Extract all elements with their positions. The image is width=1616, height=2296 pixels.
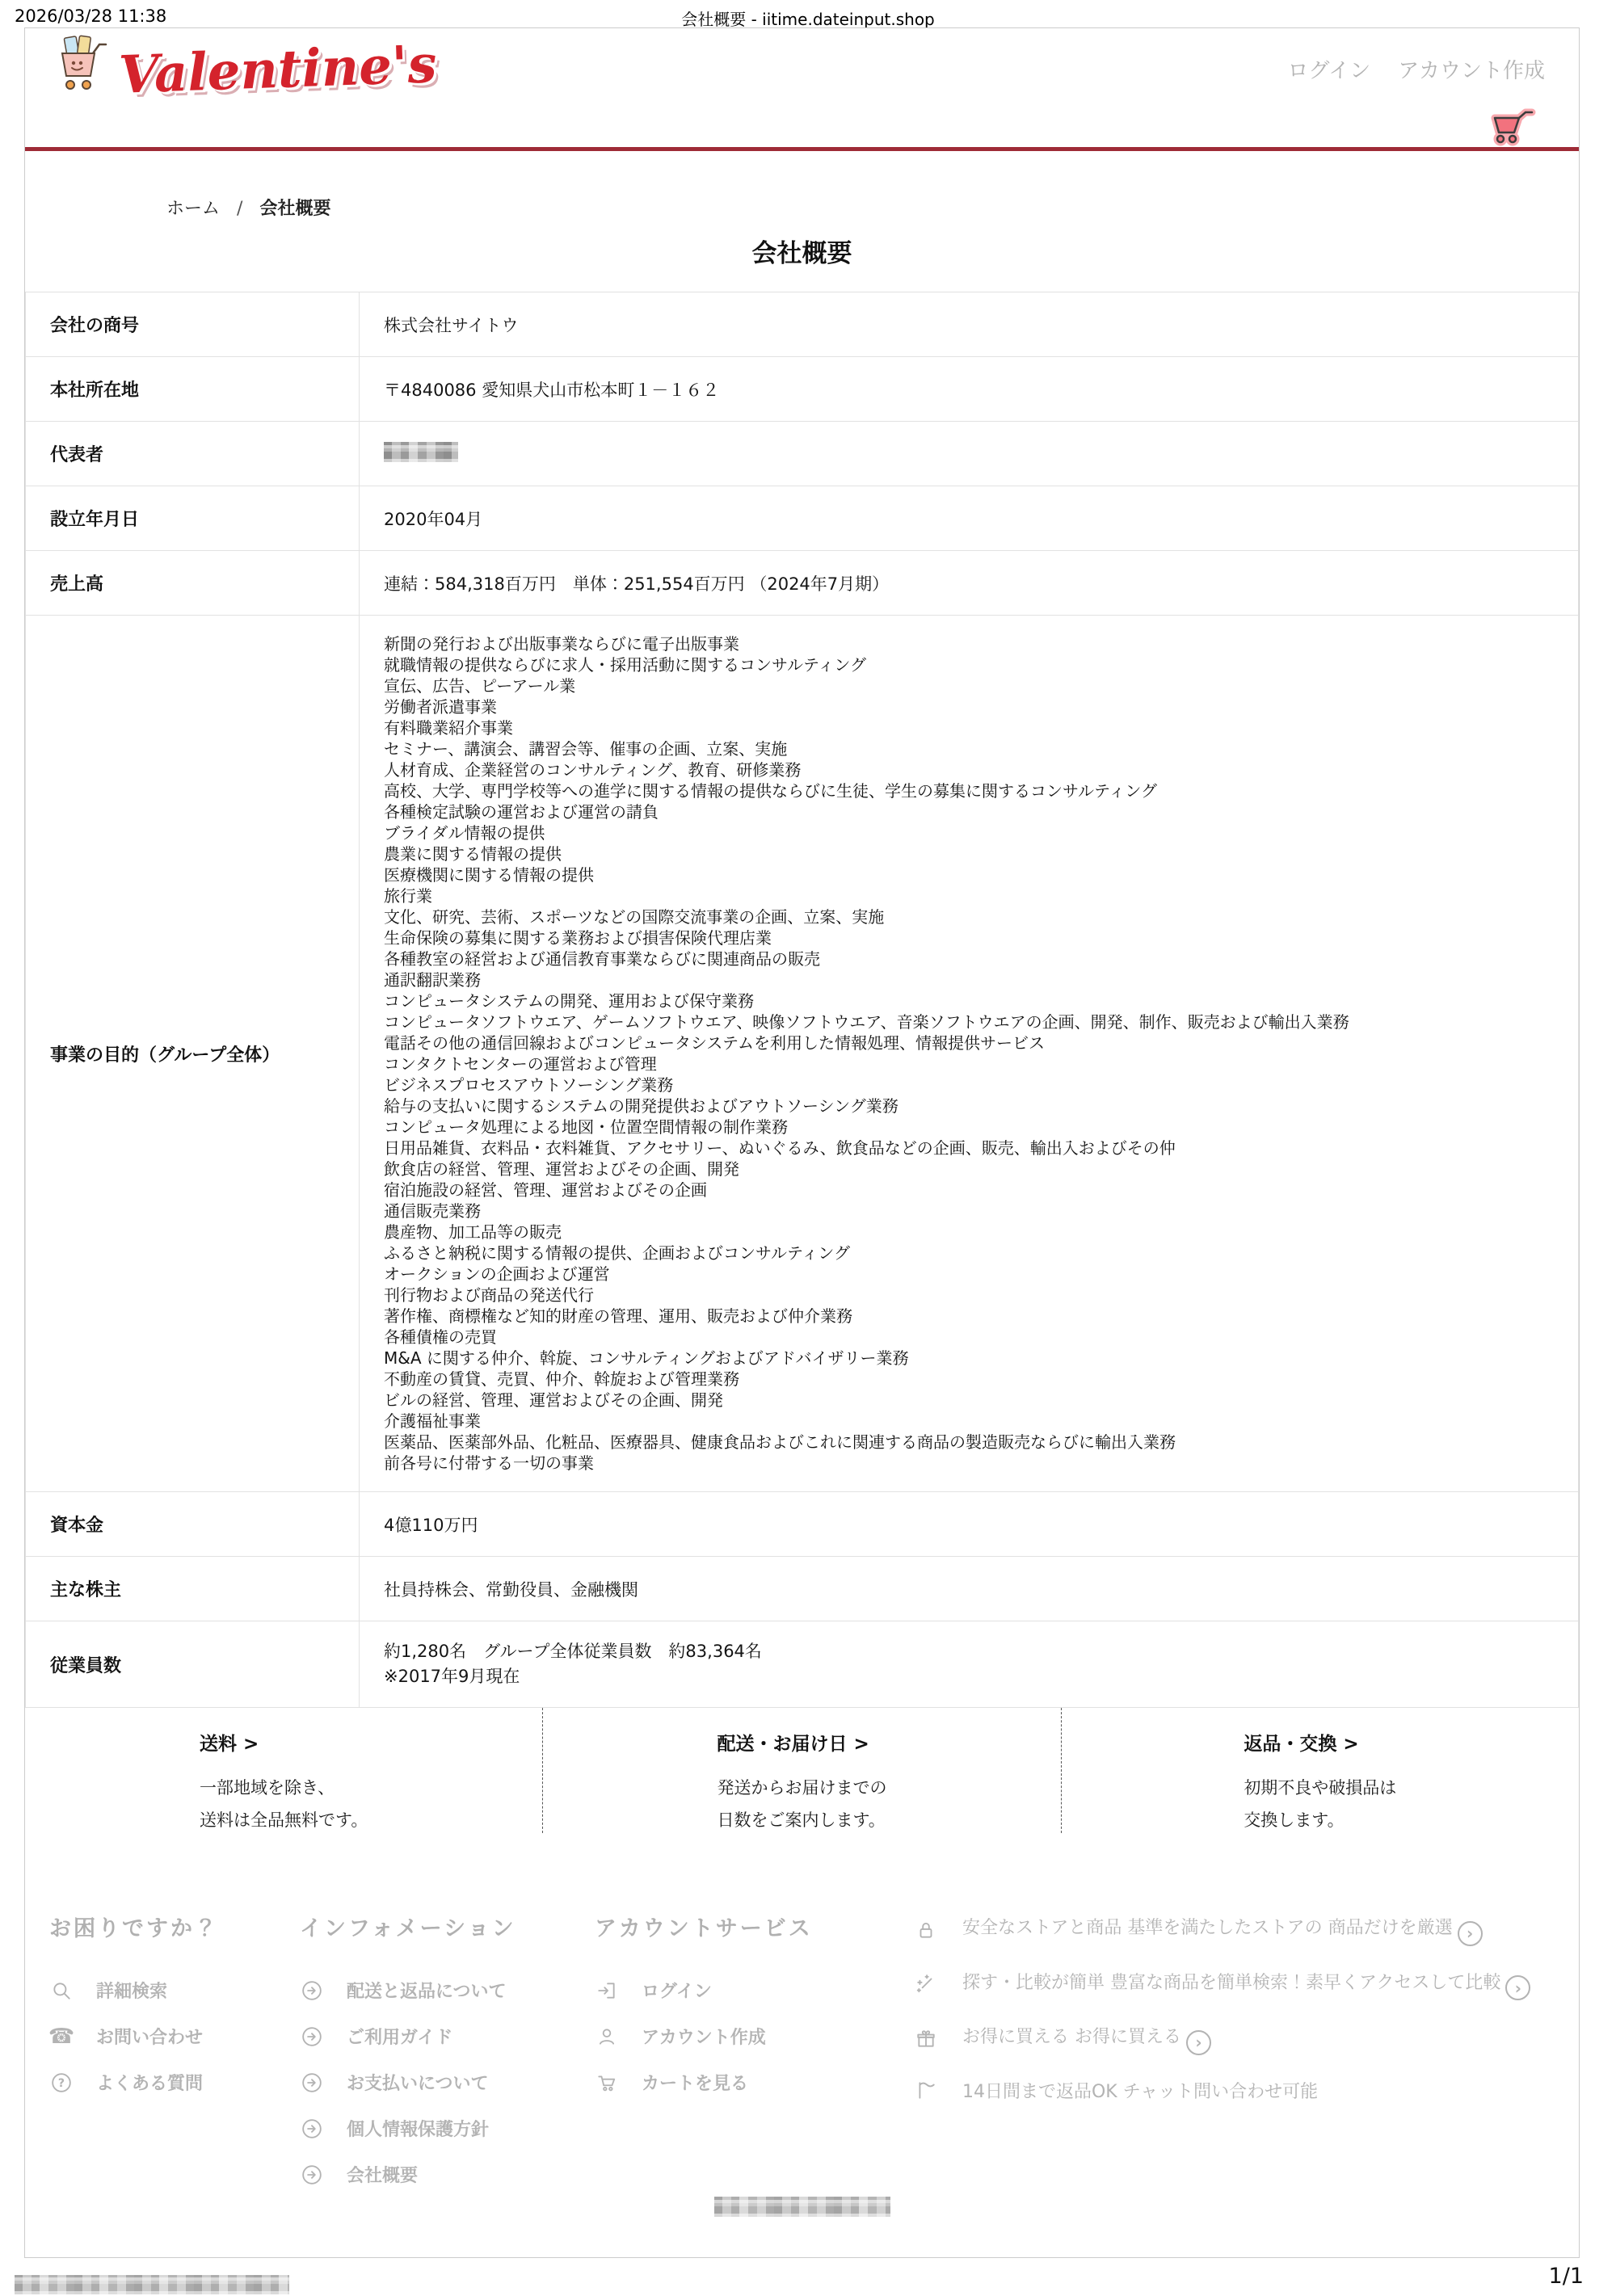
row-label: 資本金: [26, 1492, 360, 1557]
row-label: 主な株主: [26, 1557, 360, 1621]
footer-item-payment[interactable]: お支払いについて: [300, 2070, 595, 2095]
cart-icon: [595, 2072, 619, 2093]
business-purpose-line: 農業に関する情報の提供: [384, 843, 1559, 864]
business-purpose-line: 宿泊施設の経営、管理、運営およびその企画: [384, 1180, 1559, 1201]
footer-features-column: 安全なストアと商品 基準を満たしたストアの 商品だけを厳選› 探す・比較が簡単 …: [914, 1911, 1579, 2208]
arrow-circle-icon: [300, 2118, 324, 2139]
source-url-redacted: [15, 2275, 289, 2294]
page-number: 1/1: [1549, 2264, 1584, 2289]
cart-icon: [1487, 107, 1537, 146]
business-purpose-line: セミナー、講演会、講習会等、催事の企画、立案、実施: [384, 738, 1559, 759]
business-purpose-line: 生命保険の募集に関する業務および損害保険代理店業: [384, 927, 1559, 948]
business-purpose-line: 人材育成、企業経営のコンサルティング、教育、研修業務: [384, 759, 1559, 780]
employee-count-note: ※2017年9月現在: [384, 1664, 1559, 1689]
footer-information-title: インフォメーション: [300, 1911, 595, 1942]
footer-item-privacy-policy[interactable]: 個人情報保護方針: [300, 2116, 595, 2141]
business-purpose-line: コンピュータソフトウエア、ゲームソフトウエア、映像ソフトウエア、音楽ソフトウエア…: [384, 1011, 1559, 1032]
row-label: 売上高: [26, 551, 360, 616]
login-icon: [595, 1980, 619, 2001]
business-purpose-line: 医薬品、医薬部外品、化粧品、医療器具、健康食品およびこれに関連する商品の製造販売…: [384, 1432, 1559, 1453]
business-purpose-list: 新聞の発行および出版事業ならびに電子出版事業就職情報の提供ならびに求人・採用活動…: [360, 616, 1579, 1492]
page-frame: Valentine's ログインアカウント作成: [24, 27, 1580, 2258]
business-purpose-line: 宣伝、広告、ピーアール業: [384, 675, 1559, 696]
svg-text:?: ?: [58, 2076, 65, 2089]
breadcrumb-current: 会社概要: [259, 199, 330, 219]
breadcrumb-separator: /: [237, 199, 242, 219]
shipping-link[interactable]: 送料>: [200, 1729, 368, 1756]
returns-info: 返品・交換> 初期不良や破損品は 交換します。: [1061, 1708, 1579, 1833]
lock-icon: [914, 1920, 938, 1941]
company-table: 会社の商号 株式会社サイトウ 本社所在地 〒4840086 愛知県犬山市松本町１…: [25, 292, 1579, 1708]
business-purpose-line: コンピュータシステムの開発、運用および保守業務: [384, 990, 1559, 1011]
delivery-info: 配送・お届け日> 発送からお届けまでの 日数をご案内します。: [542, 1708, 1060, 1833]
footer-item-create-account[interactable]: アカウント作成: [595, 2024, 914, 2049]
table-row: 本社所在地 〒4840086 愛知県犬山市松本町１－１６２: [26, 357, 1579, 422]
business-purpose-line: 介護福祉事業: [384, 1411, 1559, 1432]
table-row: 売上高 連結：584,318百万円 単体：251,554百万円 （2024年7月…: [26, 551, 1579, 616]
footer-item-faq[interactable]: ? よくある質問: [49, 2070, 300, 2095]
business-purpose-line: 日用品雑貨、衣料品・衣料雑貨、アクセサリー、ぬいぐるみ、飲食品などの企画、販売、…: [384, 1137, 1559, 1159]
logo-cart-icon: [56, 33, 109, 96]
row-value: 2020年04月: [360, 486, 1579, 551]
business-purpose-line: M&A に関する仲介、斡旋、コンサルティングおよびアドバイザリー業務: [384, 1348, 1559, 1369]
table-row: 資本金 4億110万円: [26, 1492, 1579, 1557]
business-purpose-line: オークションの企画および運営: [384, 1264, 1559, 1285]
business-purpose-line: コンピュータ処理による地図・位置空間情報の制作業務: [384, 1116, 1559, 1137]
business-purpose-line: 不動産の賃貸、売買、仲介、斡旋および管理業務: [384, 1369, 1559, 1390]
business-purpose-line: 医療機関に関する情報の提供: [384, 864, 1559, 885]
shipping-info: 送料> 一部地域を除き、 送料は全品無料です。: [25, 1708, 542, 1833]
shopping-info-strip: 送料> 一部地域を除き、 送料は全品無料です。 配送・お届け日> 発送からお届け…: [25, 1708, 1579, 1833]
breadcrumb: ホーム / 会社概要: [166, 195, 1579, 220]
business-purpose-line: ブライダル情報の提供: [384, 822, 1559, 843]
row-label: 代表者: [26, 422, 360, 486]
site-header: Valentine's ログインアカウント作成: [25, 28, 1579, 151]
business-purpose-line: 給与の支払いに関するシステムの開発提供およびアウトソーシング業務: [384, 1095, 1559, 1116]
footer-help-column: お困りですか？ 詳細検索 ☎ お問い合わせ ? よくある質問: [49, 1911, 300, 2208]
footer-account-title: アカウントサービス: [595, 1911, 914, 1942]
business-purpose-line: 各種検定試験の運営および運営の請負: [384, 801, 1559, 822]
wand-icon: [914, 1974, 938, 1995]
footer-information-column: インフォメーション 配送と返品について ご利用ガイド お支払いについて 個人情報…: [300, 1911, 595, 2208]
chevron-right-icon: >: [243, 1734, 259, 1755]
business-purpose-line: 刊行物および商品の発送代行: [384, 1285, 1559, 1306]
business-purpose-line: 各種教室の経営および通信教育事業ならびに関連商品の販売: [384, 948, 1559, 969]
arrow-circle-icon: [300, 2026, 324, 2047]
business-purpose-line: コンタクトセンターの運営および管理: [384, 1053, 1559, 1074]
business-purpose-line: 前各号に付帯する一切の事業: [384, 1453, 1559, 1474]
footer-item-contact[interactable]: ☎ お問い合わせ: [49, 2024, 300, 2049]
feature-good-deals[interactable]: お得に買える お得に買える›: [914, 2023, 1579, 2055]
business-purpose-line: ビルの経営、管理、運営およびその企画、開発: [384, 1390, 1559, 1411]
business-purpose-line: 就職情報の提供ならびに求人・採用活動に関するコンサルティング: [384, 654, 1559, 675]
table-row: 代表者: [26, 422, 1579, 486]
row-value: 連結：584,318百万円 単体：251,554百万円 （2024年7月期）: [360, 551, 1579, 616]
table-row: 設立年月日 2020年04月: [26, 486, 1579, 551]
row-value: 〒4840086 愛知県犬山市松本町１－１６２: [360, 357, 1579, 422]
table-row: 従業員数 約1,280名 グループ全体従業員数 約83,364名 ※2017年9…: [26, 1621, 1579, 1708]
logo-text: Valentine's: [118, 39, 438, 102]
business-purpose-line: ふるさと納税に関する情報の提供、企画およびコンサルティング: [384, 1243, 1559, 1264]
feature-easy-search[interactable]: 探す・比較が簡単 豊富な商品を簡単検索！素早くアクセスして比較›: [914, 1969, 1579, 2001]
copyright-line-redacted: [714, 2197, 890, 2217]
row-label: 設立年月日: [26, 486, 360, 551]
arrow-circle-icon: [300, 2164, 324, 2185]
row-label: 従業員数: [26, 1621, 360, 1708]
flag-icon: [914, 2079, 938, 2100]
footer-item-login[interactable]: ログイン: [595, 1978, 914, 2003]
row-value: 4億110万円: [360, 1492, 1579, 1557]
business-purpose-line: 農産物、加工品等の販売: [384, 1222, 1559, 1243]
footer-item-company-overview[interactable]: 会社概要: [300, 2162, 595, 2187]
business-purpose-line: 労働者派遣事業: [384, 696, 1559, 717]
footer-account-column: アカウントサービス ログイン アカウント作成: [595, 1911, 914, 2208]
footer-help-title: お困りですか？: [49, 1911, 300, 1942]
create-account-link[interactable]: アカウント作成: [1398, 59, 1545, 83]
row-value: 社員持株会、常勤役員、金融機関: [360, 1557, 1579, 1621]
business-purpose-line: 文化、研究、芸術、スポーツなどの国際交流事業の企画、立案、実施: [384, 906, 1559, 927]
employee-count: 約1,280名 グループ全体従業員数 約83,364名: [384, 1639, 1559, 1664]
business-purpose-line: 高校、大学、専門学校等への進学に関する情報の提供ならびに生徒、学生の募集に関する…: [384, 780, 1559, 801]
gift-icon: [914, 2029, 938, 2050]
arrow-circle-icon: [300, 1980, 324, 2001]
table-row: 事業の目的（グループ全体） 新聞の発行および出版事業ならびに電子出版事業就職情報…: [26, 616, 1579, 1492]
table-row: 会社の商号 株式会社サイトウ: [26, 292, 1579, 357]
chevron-circle-icon: ›: [1505, 1975, 1530, 2000]
login-link[interactable]: ログイン: [1288, 59, 1371, 83]
business-purpose-line: 通信販売業務: [384, 1201, 1559, 1222]
returns-link[interactable]: 返品・交換>: [1244, 1729, 1396, 1756]
business-purpose-line: 各種債権の売買: [384, 1327, 1559, 1348]
page: 2026/03/28 11:38 会社概要 - iitime.dateinput…: [0, 0, 1616, 2296]
print-doc-title: 会社概要 - iitime.dateinput.shop: [0, 6, 1616, 30]
footer-item-view-cart[interactable]: カートを見る: [595, 2070, 914, 2095]
footer-item-shipping-returns[interactable]: 配送と返品について: [300, 1978, 595, 2003]
business-purpose-line: ビジネスプロセスアウトソーシング業務: [384, 1074, 1559, 1095]
business-purpose-line: 通訳翻訳業務: [384, 969, 1559, 990]
footer-item-user-guide[interactable]: ご利用ガイド: [300, 2024, 595, 2049]
row-label: 事業の目的（グループ全体）: [26, 616, 360, 1492]
business-purpose-line: 新聞の発行および出版事業ならびに電子出版事業: [384, 633, 1559, 654]
header-nav: ログインアカウント作成: [1288, 54, 1545, 84]
delivery-link[interactable]: 配送・お届け日>: [717, 1729, 886, 1756]
page-title: 会社概要: [25, 233, 1579, 269]
phone-icon: ☎: [49, 2027, 74, 2046]
business-purpose-line: 有料職業紹介事業: [384, 717, 1559, 738]
row-value: 株式会社サイトウ: [360, 292, 1579, 357]
cart-button[interactable]: [1487, 107, 1537, 149]
row-label: 会社の商号: [26, 292, 360, 357]
site-logo[interactable]: Valentine's: [56, 33, 437, 96]
business-purpose-line: 飲食店の経営、管理、運営およびその企画、開発: [384, 1159, 1559, 1180]
feature-returns-chat[interactable]: 14日間まで返品OK チャット問い合わせ可能: [914, 2078, 1579, 2103]
user-icon: [595, 2026, 619, 2047]
feature-safe-store[interactable]: 安全なストアと商品 基準を満たしたストアの 商品だけを厳選›: [914, 1914, 1579, 1946]
site-footer: お困りですか？ 詳細検索 ☎ お問い合わせ ? よくある質問: [25, 1833, 1579, 2208]
business-purpose-line: 旅行業: [384, 885, 1559, 906]
breadcrumb-home-link[interactable]: ホーム: [166, 199, 220, 219]
chevron-right-icon: >: [853, 1734, 869, 1755]
chevron-right-icon: >: [1343, 1734, 1358, 1755]
row-value: 約1,280名 グループ全体従業員数 約83,364名 ※2017年9月現在: [360, 1621, 1579, 1708]
business-purpose-line: 著作権、商標権など知的財産の管理、運用、販売および仲介業務: [384, 1306, 1559, 1327]
representative-name-redacted: [384, 442, 458, 462]
chevron-circle-icon: ›: [1186, 2030, 1211, 2055]
arrow-circle-icon: [300, 2072, 324, 2093]
row-value: [360, 422, 1579, 486]
chevron-circle-icon: ›: [1458, 1921, 1483, 1946]
table-row: 主な株主 社員持株会、常勤役員、金融機関: [26, 1557, 1579, 1621]
footer-item-advanced-search[interactable]: 詳細検索: [49, 1978, 300, 2003]
row-label: 本社所在地: [26, 357, 360, 422]
search-icon: [49, 1980, 74, 2001]
question-icon: ?: [49, 2072, 74, 2093]
business-purpose-line: 電話その他の通信回線およびコンピュータシステムを利用した情報処理、情報提供サービ…: [384, 1032, 1559, 1053]
